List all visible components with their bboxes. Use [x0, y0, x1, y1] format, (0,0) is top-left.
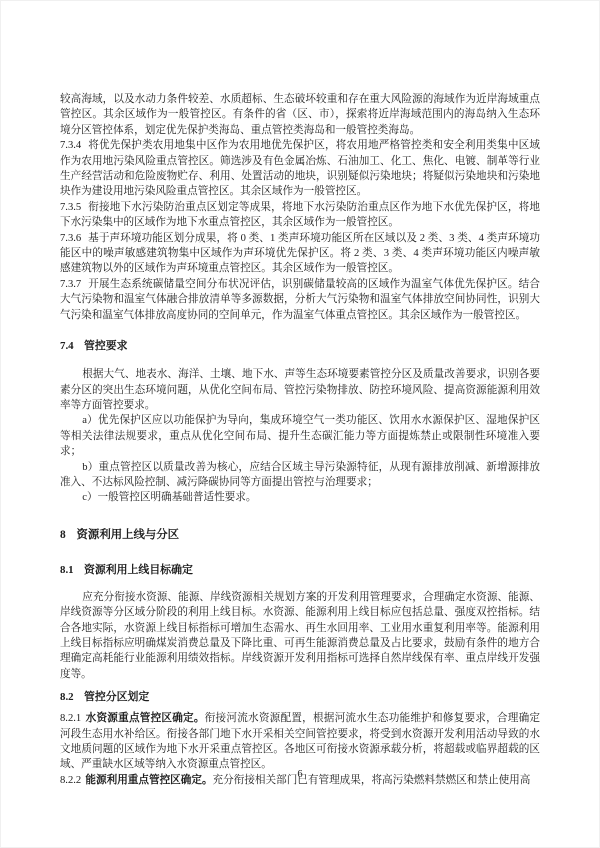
- paragraph-7-4-intro: 根据大气、地表水、海洋、土壤、地下水、声等生态环境要素管控分区及质量改善要求，识…: [60, 367, 540, 413]
- list-item-c: c）一般管控区明确基础普适性要求。: [60, 490, 540, 505]
- heading-8-2-title: 管控分区划定: [84, 691, 149, 703]
- heading-chapter-8-number: 8: [60, 529, 66, 541]
- clause-8-2-1-lead: 水资源重点管控区确定。: [85, 712, 204, 724]
- clause-7-3-5-number: 7.3.5: [60, 202, 81, 213]
- heading-8-1-title: 资源利用上线目标确定: [84, 564, 193, 576]
- clause-7-3-7: 7.3.7开展生态系统碳储量空间分布状况评估，识别碳储量较高的区域作为温室气体优…: [60, 277, 540, 323]
- heading-7-4-number: 7.4: [60, 340, 74, 352]
- clause-7-3-6: 7.3.6基于声环境功能区划分成果，将 0 类、1 类声环境功能区所在区域以及 …: [60, 231, 540, 277]
- paragraph-8-1-body: 应充分衔接水资源、能源、岸线资源相关规划方案的开发利用管理要求，合理确定水资源、…: [60, 590, 540, 682]
- clause-7-3-7-number: 7.3.7: [60, 279, 81, 290]
- heading-8-2-number: 8.2: [60, 691, 74, 703]
- heading-chapter-8-title: 资源利用上线与分区: [77, 529, 180, 541]
- clause-8-2-1-number: 8.2.1: [60, 713, 81, 724]
- clause-7-3-6-number: 7.3.6: [60, 233, 81, 244]
- heading-8-2: 8.2管控分区划定: [60, 689, 540, 705]
- paragraph-sea-area-continuation: 较高海域，以及水动力条件较差、水质超标、生态破坏较重和存在重大风险源的海域作为近…: [60, 92, 540, 138]
- heading-chapter-8: 8资源利用上线与分区: [60, 527, 540, 543]
- page-number: 6: [0, 769, 600, 780]
- list-item-b: b）重点管控区以质量改善为核心，应结合区域主导污染源特征，从现有源排放削减、新增…: [60, 460, 540, 491]
- clause-7-3-7-text: 开展生态系统碳储量空间分布状况评估，识别碳储量较高的区域作为温室气体优先保护区。…: [60, 279, 540, 321]
- document-page: 较高海域，以及水动力条件较差、水质超标、生态破坏较重和存在重大风险源的海域作为近…: [0, 0, 600, 848]
- clause-8-2-1: 8.2.1水资源重点管控区确定。衔接河流水资源配置，根据河流水生态功能维护和修复…: [60, 711, 540, 773]
- heading-7-4-title: 管控要求: [84, 340, 128, 352]
- clause-7-3-5: 7.3.5衔接地下水污染防治重点区划定等成果，将地下水污染防治重点区作为地下水优…: [60, 200, 540, 231]
- heading-8-1-number: 8.1: [60, 564, 74, 576]
- clause-7-3-6-text: 基于声环境功能区划分成果，将 0 类、1 类声环境功能区所在区域以及 2 类、3…: [60, 233, 540, 275]
- clause-7-3-4-text: 将优先保护类农用地集中区作为农用地优先保护区，将农用地严格管控类和安全利用类集中…: [60, 140, 540, 197]
- list-item-a: a）优先保护区应以功能保护为导向，集成环境空气一类功能区、饮用水水源保护区、湿地…: [60, 413, 540, 459]
- heading-7-4: 7.4管控要求: [60, 338, 540, 354]
- clause-7-3-4: 7.3.4将优先保护类农用地集中区作为农用地优先保护区，将农用地严格管控类和安全…: [60, 138, 540, 200]
- heading-8-1: 8.1资源利用上线目标确定: [60, 562, 540, 578]
- clause-7-3-5-text: 衔接地下水污染防治重点区划定等成果，将地下水污染防治重点区作为地下水优先保护区，…: [60, 202, 540, 228]
- clause-7-3-4-number: 7.3.4: [60, 140, 81, 151]
- page-content: 较高海域，以及水动力条件较差、水质超标、生态破坏较重和存在重大风险源的海域作为近…: [60, 92, 540, 788]
